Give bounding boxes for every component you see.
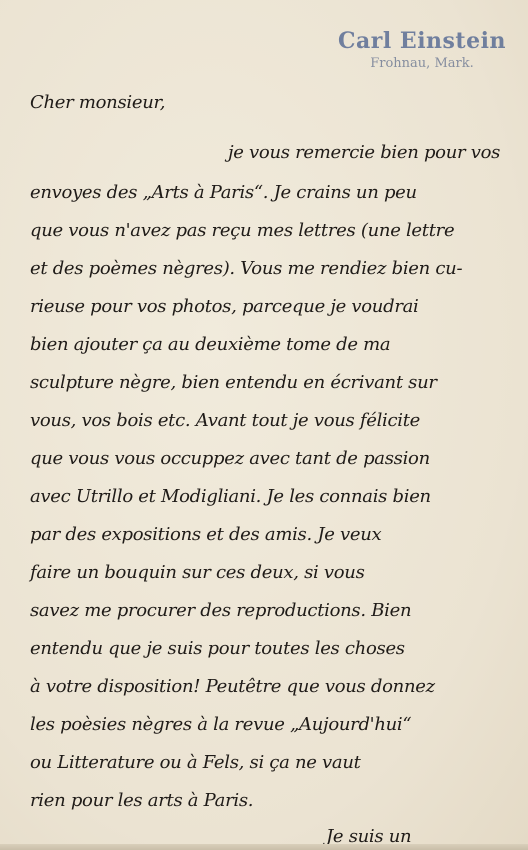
page-edge bbox=[0, 844, 528, 850]
letter-line: savez me procurer des reproductions. Bie… bbox=[30, 600, 411, 621]
letter-line: bien ajouter ça au deuxième tome de ma bbox=[30, 334, 390, 355]
letterhead-stamp: Carl Einstein Frohnau, Mark. bbox=[322, 28, 522, 71]
letter-line: je vous remercie bien pour vos bbox=[228, 142, 500, 163]
letter-line: vous, vos bois etc. Avant tout je vous f… bbox=[30, 410, 420, 431]
stamp-name: Carl Einstein bbox=[322, 28, 522, 54]
stamp-place: Frohnau, Mark. bbox=[322, 56, 522, 71]
letter-line: par des expositions et des amis. Je veux bbox=[30, 524, 381, 545]
letter-line: rieuse pour vos photos, parceque je voud… bbox=[30, 296, 419, 317]
letter-page: Carl Einstein Frohnau, Mark. Cher monsie… bbox=[0, 0, 528, 850]
letter-line: ou Litterature ou à Fels, si ça ne vaut bbox=[30, 752, 361, 773]
letter-line: avec Utrillo et Modigliani. Je les conna… bbox=[30, 486, 431, 507]
letter-line: rien pour les arts à Paris. bbox=[30, 790, 253, 811]
letter-line: entendu que je suis pour toutes les chos… bbox=[30, 638, 405, 659]
salutation: Cher monsieur, bbox=[30, 92, 165, 113]
letter-line: sculpture nègre, bien entendu en écrivan… bbox=[30, 372, 437, 393]
letter-line: envoyes des „Arts à Paris“. Je crains un… bbox=[30, 182, 417, 203]
letter-line: à votre disposition! Peutêtre que vous d… bbox=[30, 676, 435, 697]
letter-line: faire un bouquin sur ces deux, si vous bbox=[30, 562, 365, 583]
letter-line: et des poèmes nègres). Vous me rendiez b… bbox=[30, 258, 462, 279]
letter-line: les poèsies nègres à la revue „Aujourd'h… bbox=[30, 714, 411, 735]
letter-line: que vous n'avez pas reçu mes lettres (un… bbox=[30, 220, 454, 241]
letter-line: que vous vous occuppez avec tant de pass… bbox=[30, 448, 430, 469]
